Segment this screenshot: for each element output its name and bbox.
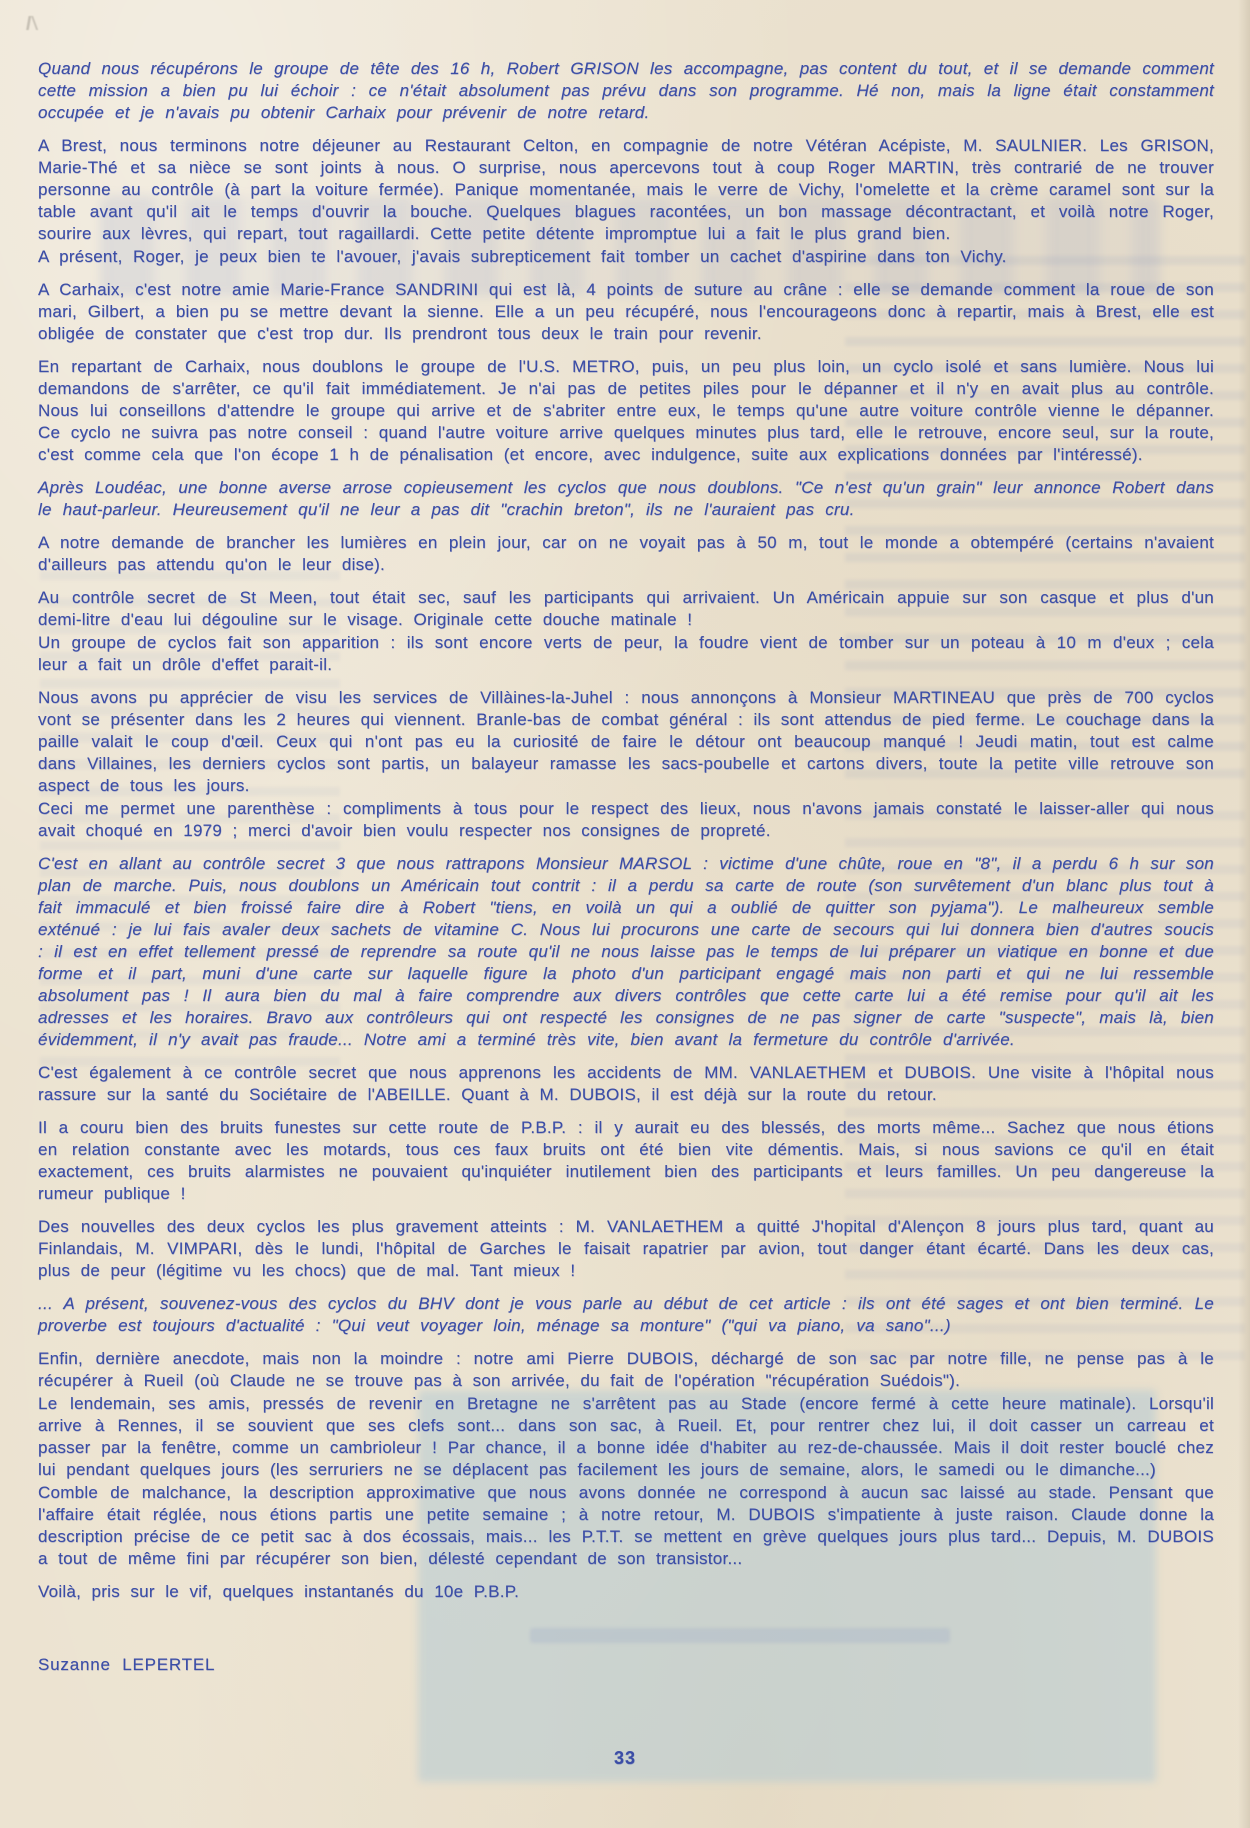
paragraph: A Brest, nous terminons notre déjeuner a… (38, 135, 1214, 245)
paragraph: Après Loudéac, une bonne averse arrose c… (38, 477, 1214, 521)
paragraph: Le lendemain, ses amis, pressés de reven… (38, 1393, 1214, 1481)
paragraph: Enfin, dernière anecdote, mais non la mo… (38, 1348, 1214, 1392)
paragraph: Des nouvelles des deux cyclos les plus g… (38, 1216, 1214, 1282)
author-signature: Suzanne LEPERTEL (38, 1655, 1214, 1675)
paragraph: Comble de malchance, la description appr… (38, 1482, 1214, 1570)
paragraph: Un groupe de cyclos fait son apparition … (38, 632, 1214, 676)
paragraph: Au contrôle secret de St Meen, tout étai… (38, 587, 1214, 631)
paragraph: Voilà, pris sur le vif, quelques instant… (38, 1581, 1214, 1603)
paragraph: A notre demande de brancher les lumières… (38, 532, 1214, 576)
paragraph: Ceci me permet une parenthèse : complime… (38, 798, 1214, 842)
paragraph: C'est également à ce contrôle secret que… (38, 1062, 1214, 1106)
paragraph: En repartant de Carhaix, nous doublons l… (38, 356, 1214, 466)
paragraph: C'est en allant au contrôle secret 3 que… (38, 853, 1214, 1051)
page-edge-shade (1238, 0, 1250, 1828)
paragraph: Il a couru bien des bruits funestes sur … (38, 1117, 1214, 1205)
scanned-page: Quand nous récupérons le groupe de tête … (0, 0, 1250, 1828)
article-body: Quand nous récupérons le groupe de tête … (38, 58, 1214, 1675)
page-number: 33 (0, 1748, 1250, 1769)
paragraph: A présent, Roger, je peux bien te l'avou… (38, 246, 1214, 268)
paragraph: Quand nous récupérons le groupe de tête … (38, 58, 1214, 124)
paragraph: ... A présent, souvenez-vous des cyclos … (38, 1293, 1214, 1337)
paragraph: Nous avons pu apprécier de visu les serv… (38, 687, 1214, 797)
pencil-mark (14, 16, 44, 30)
paragraph: A Carhaix, c'est notre amie Marie-France… (38, 279, 1214, 345)
